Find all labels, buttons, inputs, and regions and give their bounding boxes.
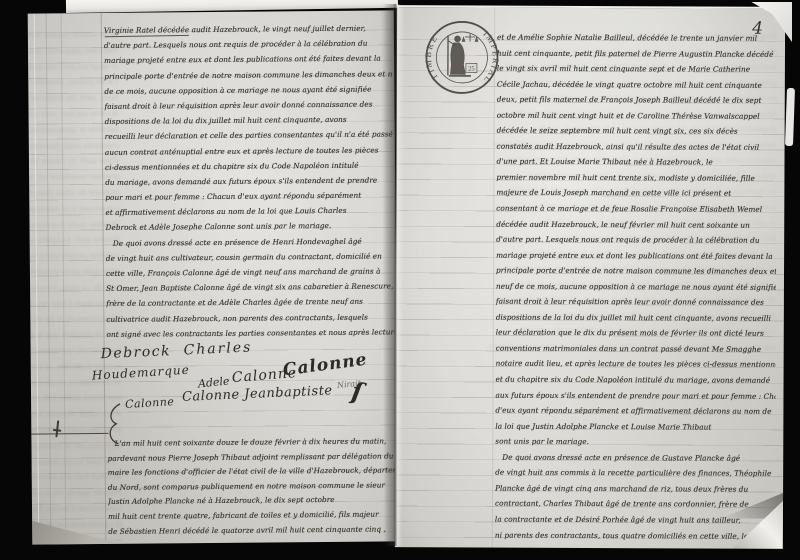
right-page: Virginie Ratel décédée audit Hazebrouck,… <box>395 5 785 549</box>
act1-manuscript-text: Virginie Ratel décédée audit Hazebrouck,… <box>104 20 395 341</box>
manuscript-line: de vingt huit ans commis à la recette pa… <box>495 465 775 482</box>
signature-houdemarque: Houdemarque <box>91 363 190 383</box>
manuscript-line: conventions matrimoniales dans un contra… <box>496 341 776 358</box>
manuscript-line: leur déclaration que le dix du présent m… <box>496 325 776 342</box>
manuscript-line: consentant à ce mariage et de feue Rosal… <box>496 201 776 218</box>
timbre-imperial-stamp-icon: TIMBRE IMPERIAL 25 <box>423 18 501 96</box>
manuscript-line: faisant droit à leur réquisition après l… <box>496 294 776 311</box>
page-edge-highlight <box>34 14 40 545</box>
signature-debrock: Debrock <box>100 343 171 362</box>
manuscript-line: d'eux ayant répondu séparément et affirm… <box>495 403 775 420</box>
manuscript-line: mariage projeté entre eux et dont les pu… <box>496 247 776 264</box>
stamp-arc-left-text: TIMBRE <box>423 32 440 82</box>
manuscript-line: principale porte d'entrée de notre maiso… <box>496 263 776 280</box>
right-page-manuscript-text: et de Amélie Sophie Natalie Bailleul, dé… <box>495 30 777 544</box>
scanned-register-screenshot: { "page_number": "4", "stamp": { "arc_le… <box>0 0 800 560</box>
signature-charles: Charles <box>183 339 252 358</box>
manuscript-line: notaire audit lieu, et après lecture de … <box>496 356 776 373</box>
signature-calonne-3: Calonne <box>125 395 175 411</box>
manuscript-line: huit cent cinquante, petit fils paternel… <box>497 45 777 62</box>
manuscript-line: faisant droit à leur réquisition après l… <box>104 96 392 114</box>
manuscript-line: sont unis par le mariage. <box>495 434 775 451</box>
manuscript-line: deux, petit fils maternel de François Jo… <box>497 92 777 109</box>
margin-tick-mark <box>55 420 59 437</box>
manuscript-line: d'autre part. Lesquels nous ont requis d… <box>496 232 776 249</box>
manuscript-line: neuf de ce mois, aucune opposition à ce … <box>496 278 776 295</box>
act2-manuscript-text: L'an mil huit cent soixante douze le dou… <box>107 434 398 539</box>
manuscript-line: majeure de Louis Joseph marchand en cett… <box>496 185 776 202</box>
manuscript-line: octobre mil huit cent vingt huit et de C… <box>497 107 777 124</box>
manuscript-line: décédée le seize septembre mil huit cent… <box>497 123 777 140</box>
manuscript-line: Cécile Jachau, décédée le vingt quatre o… <box>497 76 777 93</box>
stamp-denomination: 25 <box>468 65 475 72</box>
manuscript-line: contractant, Charles Thibaut âgé de tren… <box>495 496 775 513</box>
manuscript-line: du Nord, sont comparus publiquement en n… <box>108 478 398 495</box>
manuscript-line: De quoi avons dressé acte en présence de… <box>495 449 775 466</box>
manuscript-line: de Sébastien Henri décédé le quatorze av… <box>108 522 398 539</box>
fold-line <box>46 13 52 544</box>
manuscript-line: le vingt six avril mil huit cent cinquan… <box>497 61 777 78</box>
manuscript-line: et du chapitre six du Code Napoléon inti… <box>496 372 776 389</box>
manuscript-line: constatés audit Hazebrouck, ainsi qu'il … <box>497 138 777 155</box>
manuscript-line: la loi que Justin Adolphe Plancke et Lou… <box>495 418 775 435</box>
act-separator-line <box>31 433 108 435</box>
manuscript-line: aux futurs époux s'ils entendent de pren… <box>495 387 775 404</box>
left-page: et de Amélie Sophie Natalie Bailleul, dé… <box>28 10 399 544</box>
manuscript-line: premier novembre mil huit cent trente si… <box>496 170 776 187</box>
manuscript-line: ni parents des contractants, tous quatre… <box>495 527 775 544</box>
manuscript-line: d'une part. Et Louise Marie Thibaut née … <box>496 154 776 171</box>
manuscript-line: décédée audit Hazebrouck, le neuf févrie… <box>496 216 776 233</box>
manuscript-line: pour mari et pour femme : Chacun d'eux a… <box>105 187 393 205</box>
svg-text:TIMBRE: TIMBRE <box>423 32 440 82</box>
book-gutter <box>383 4 401 546</box>
page-edge-sliver <box>785 88 795 146</box>
fold-line <box>61 13 67 544</box>
manuscript-line: et de Amélie Sophie Natalie Bailleul, dé… <box>497 30 777 47</box>
manuscript-line: dispositions de la loi du dix juillet mi… <box>496 309 776 326</box>
manuscript-line: Plancke âgé de vingt cinq ans marchand d… <box>495 480 775 497</box>
curled-corner <box>32 517 120 545</box>
